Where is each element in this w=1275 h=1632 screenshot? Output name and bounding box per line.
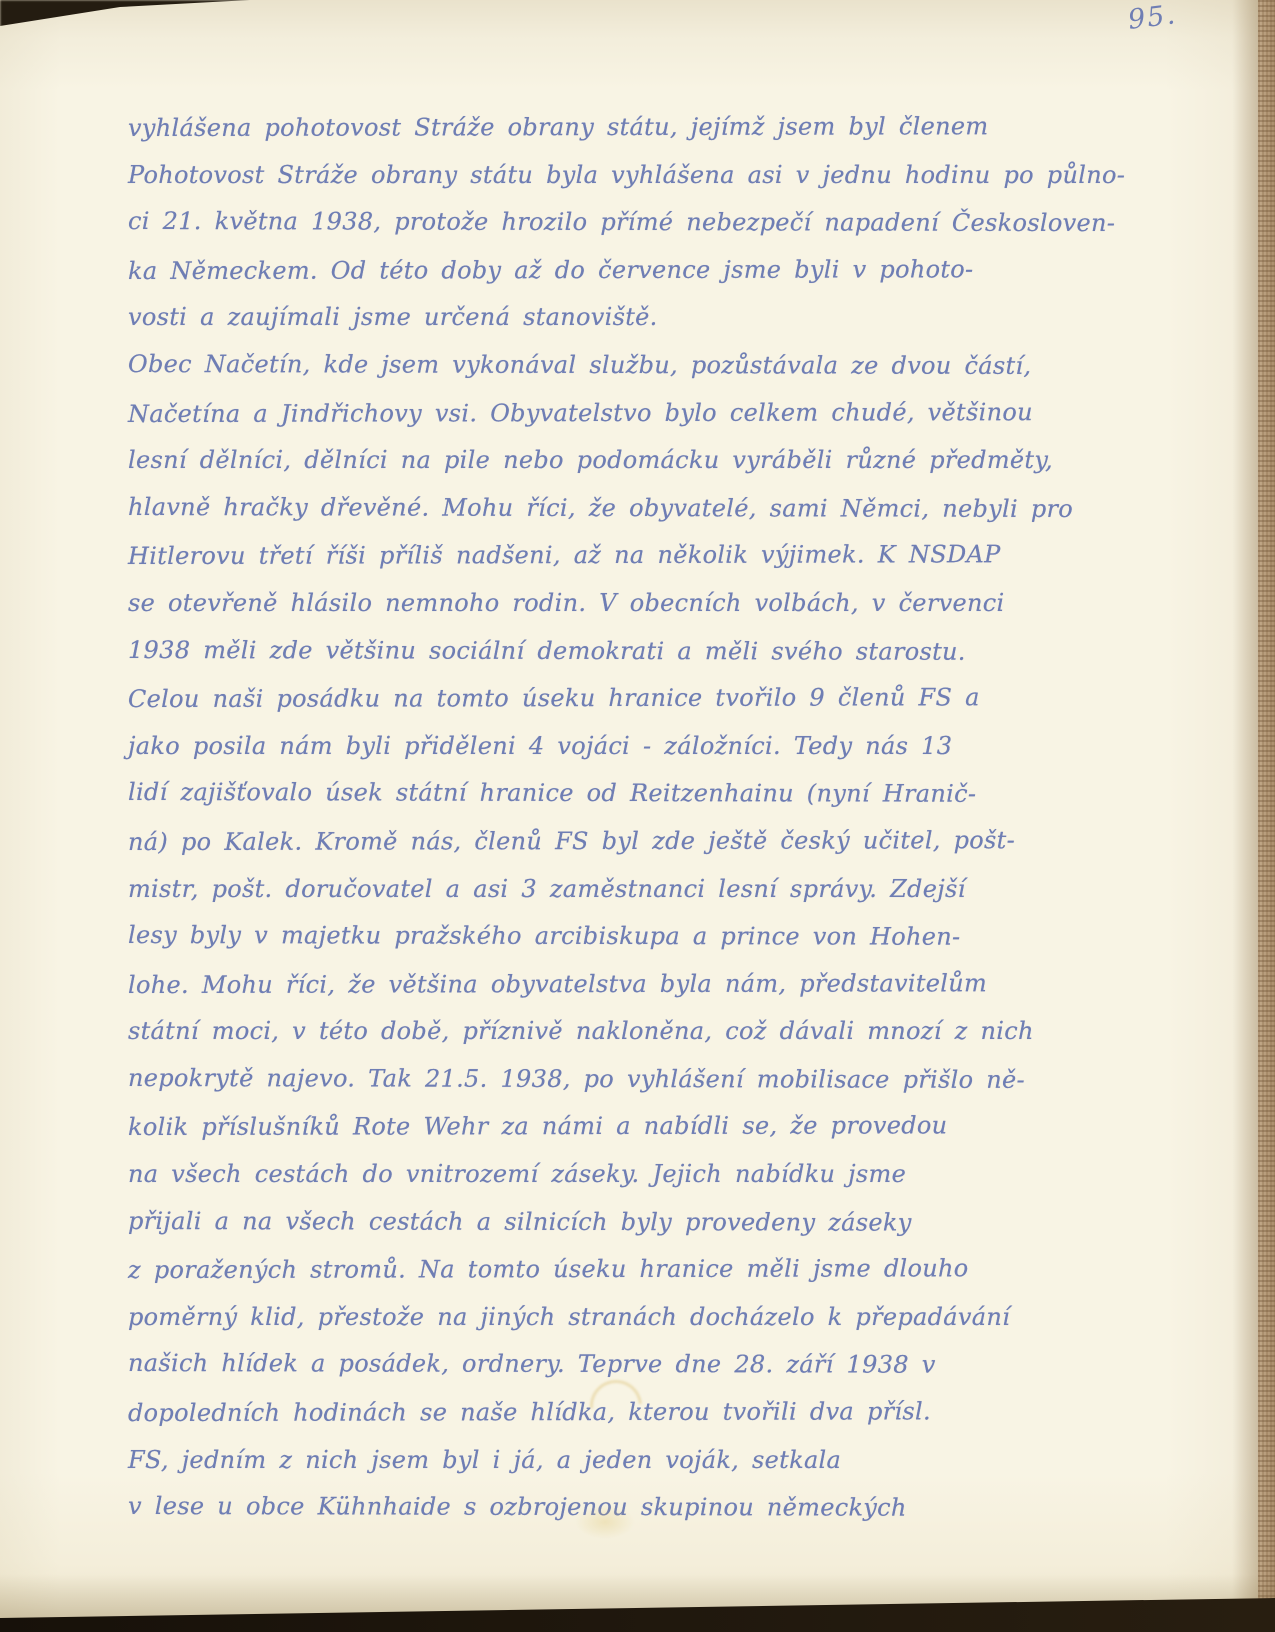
text-line: poměrný klid, přestože na jiných stranác…	[128, 1294, 1108, 1342]
handwritten-text: vyhlášena pohotovost Stráže obrany státu…	[128, 104, 1108, 1532]
text-line: Celou naši posádku na tomto úseku hranic…	[128, 674, 1108, 724]
scan-corner-shadow	[0, 0, 250, 28]
text-line: Hitlerovu třetí říši příliš nadšeni, až …	[128, 531, 1108, 581]
text-line: státní moci, v této době, příznivě naklo…	[128, 1008, 1108, 1056]
text-line: ka Německem. Od této doby až do července…	[128, 246, 1108, 296]
text-line: mistr, pošt. doručovatel a asi 3 zaměstn…	[128, 866, 1108, 914]
text-line: na všech cestách do vnitrozemí záseky. J…	[128, 1151, 1108, 1199]
text-line: FS, jedním z nich jsem byl i já, a jeden…	[128, 1437, 1108, 1485]
text-line: lesy byly v majetku pražského arcibiskup…	[128, 912, 1108, 962]
page-edge-shadow	[1232, 0, 1258, 1612]
text-line: Obec Načetín, kde jsem vykonával službu,…	[128, 341, 1108, 391]
text-line: Načetína a Jindřichovy vsi. Obyvatelstvo…	[128, 389, 1108, 439]
text-line: vosti a zaujímali jsme určená stanoviště…	[128, 294, 1108, 342]
text-line: ci 21. května 1938, protože hrozilo přím…	[128, 198, 1108, 248]
text-line: nepokrytě najevo. Tak 21.5. 1938, po vyh…	[128, 1055, 1108, 1105]
text-line: z poražených stromů. Na tomto úseku hran…	[128, 1245, 1108, 1295]
text-line: lidí zajišťovalo úsek státní hranice od …	[128, 769, 1108, 819]
text-line: se otevřeně hlásilo nemnoho rodin. V obe…	[128, 580, 1108, 628]
text-line: přijali a na všech cestách a silnicích b…	[128, 1198, 1108, 1248]
text-line: lohe. Mohu říci, že většina obyvatelstva…	[128, 960, 1108, 1010]
paper-stain	[575, 1505, 635, 1539]
book-page-edges	[1258, 0, 1275, 1612]
text-line: ná) po Kalek. Kromě nás, členů FS byl zd…	[128, 817, 1108, 867]
scanned-page: vyhlášena pohotovost Stráže obrany státu…	[0, 0, 1275, 1632]
text-line: Pohotovost Stráže obrany státu byla vyhl…	[128, 152, 1108, 200]
text-line: kolik příslušníků Rote Wehr za námi a na…	[128, 1102, 1108, 1152]
page-number: 95.	[1126, 0, 1178, 36]
text-line: hlavně hračky dřevěné. Mohu říci, že oby…	[128, 484, 1108, 534]
text-line: 1938 měli zde většinu sociální demokrati…	[128, 627, 1108, 677]
text-line: lesní dělníci, dělníci na pile nebo podo…	[128, 437, 1108, 485]
text-line: jako posila nám byli přiděleni 4 vojáci …	[128, 723, 1108, 771]
text-line: vyhlášena pohotovost Stráže obrany státu…	[128, 103, 1108, 153]
